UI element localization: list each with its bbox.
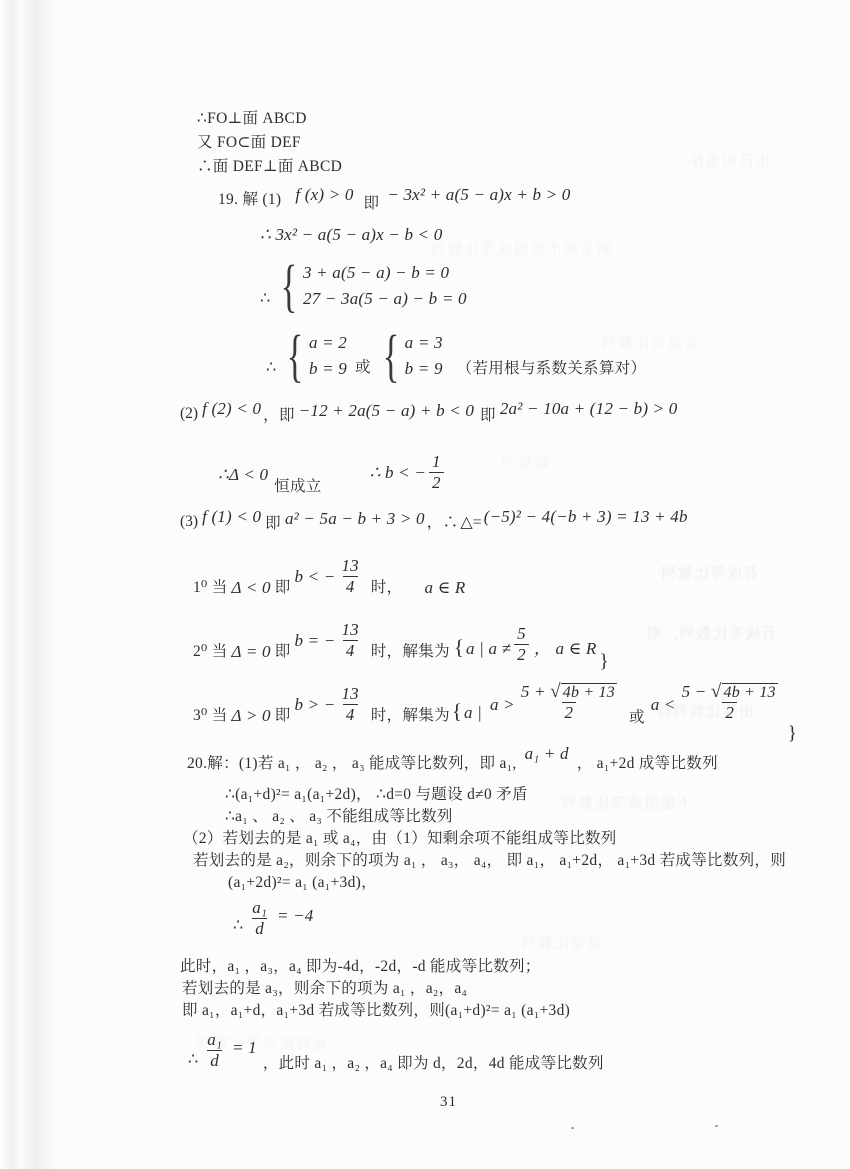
fraction-13-4: 13 4 <box>338 620 361 660</box>
q19-heading: 19. 解 (1) <box>218 191 281 208</box>
q19-case1-line: 1⁰ 当 Δ < 0 即 b < − 13 4 时， a ∈ R <box>193 556 465 599</box>
part2-label: (2) <box>180 404 198 424</box>
solution-a2: a = 2 <box>309 332 347 354</box>
radicand: 4b + 13 <box>561 683 617 702</box>
raised-term-a1-plus-d: a₁ + d <box>525 744 569 763</box>
connector-ji: ，即 <box>263 406 295 426</box>
proof-line-3: ∴面 DEF⊥面 ABCD <box>197 157 342 177</box>
brace-group: { a = 3 b = 9 <box>377 330 443 382</box>
q20-final-text: ，此时 a₁ ，a₂ ，a₄ 即为 d，2d，4d 能成等比数列 <box>263 1054 604 1074</box>
right-set-brace-icon: } <box>788 722 797 747</box>
fraction-1-2: 1 2 <box>429 452 444 492</box>
discriminant-formula: (−5)² − 4(−b + 3) = 13 + 4b <box>484 506 688 528</box>
a-less: a < <box>651 694 676 716</box>
q19-case3-line: 3⁰ 当 Δ > 0 即 b > − 13 4 时，解集为 { a | a > … <box>193 680 797 747</box>
a-in-R: a ∈ R <box>424 577 465 599</box>
fraction-13-4: 13 4 <box>338 556 361 596</box>
solution-b9b: b = 9 <box>405 358 443 380</box>
q20-line6: (a₁+2d)²= a₁ (a₁+3d)， <box>228 873 377 893</box>
q20-line2: ∴(a₁+d)²= a₁(a₁+2d)， ∴d=0 与题设 d≠0 矛盾 <box>225 785 528 805</box>
system1-eq2: 27 − 3a(5 − a) − b = 0 <box>303 288 467 310</box>
delta-eq-0: Δ = 0 <box>232 641 271 663</box>
page-number: 31 <box>440 1094 457 1111</box>
connector-ji: 即 <box>480 406 496 426</box>
connector-ji: 即 <box>265 514 281 534</box>
solution-b9: b = 9 <box>309 358 347 380</box>
q20-fraction-line2: ∴ a₁ d = 1 ，此时 a₁ ，a₂ ，a₄ 即为 d，2d，4d 能成等… <box>188 1030 604 1074</box>
solution-set-text: 时，解集为 <box>371 642 450 662</box>
system1-eq1: 3 + a(5 − a) − b = 0 <box>303 262 467 284</box>
right-set-brace-icon: } <box>599 650 608 675</box>
q20-line8: 此时，a₁ ，a₃，a₄ 即为-4d，-2d，-d 能成等比数列； <box>180 957 541 977</box>
denominator: 2 <box>514 644 529 665</box>
formula-f2: f (2) < 0 <box>202 398 261 420</box>
case3-label: 3⁰ 当 <box>193 706 228 726</box>
denominator: d <box>207 1050 222 1071</box>
numerator: 13 <box>338 620 361 640</box>
fraction-root-minus: 5 − √4b + 13 2 <box>679 682 781 723</box>
formula-fx: f (x) > 0 <box>295 185 353 204</box>
sqrt-icon: √ <box>711 682 722 701</box>
case2-label: 2⁰ 当 <box>193 642 228 662</box>
page-spine-shadow <box>0 0 58 1169</box>
q20-heading-text: 20.解：(1)若 a₁ ， a₂ ， a₃ 能成等比数列，即 a₁, <box>187 755 517 772</box>
connector-ji: 即 <box>275 578 291 598</box>
bleed-fragment: 不能组成等比数列 <box>560 792 692 813</box>
left-brace-icon: { <box>287 330 304 382</box>
b-value: b = − <box>295 630 336 652</box>
or-word: 或 <box>355 358 371 378</box>
left-brace-icon: { <box>281 260 298 312</box>
therefore-symbol: ∴ <box>260 289 270 310</box>
case1-label: 1⁰ 当 <box>193 578 228 598</box>
denominator: 4 <box>343 576 358 597</box>
set-tail: ， a ∈ R <box>534 638 597 660</box>
bleed-fragment: 解集为 <box>500 452 550 473</box>
denominator: 2 <box>562 702 577 723</box>
therefore-symbol: ∴ <box>188 1050 198 1071</box>
or-word: 或 <box>629 708 645 728</box>
sqrt-expression: √4b + 13 <box>711 683 778 702</box>
scan-speck <box>715 1125 718 1127</box>
numerator: 13 <box>338 684 361 704</box>
b-bound: ∴ b < − <box>370 462 426 484</box>
q20-line4: （2）若划去的是 a₁ 或 a₄，由（1）知剩余项不能组成等比数列 <box>183 829 617 849</box>
formula-inequality: − 3x² + a(5 − a)x + b > 0 <box>387 185 570 204</box>
denominator: 4 <box>343 640 358 661</box>
therefore-symbol: ∴ <box>233 916 243 937</box>
numerator: 5 − √4b + 13 <box>679 682 781 702</box>
left-set-brace-icon: { <box>454 634 464 661</box>
equals-neg4: = −4 <box>277 905 314 927</box>
connector-ji: 即 <box>364 195 380 212</box>
q20-line3: ∴a₁ 、 a₂ 、 a₃ 不能组成等比数列 <box>225 807 453 827</box>
formula-f1: f (1) < 0 <box>202 506 261 528</box>
equals-1: = 1 <box>232 1037 257 1059</box>
bleed-fragment: 成等比数列 <box>520 932 603 953</box>
set-condition: a | a ≠ <box>466 638 511 660</box>
sqrt-icon: √ <box>550 682 561 701</box>
connector-ji: 即 <box>275 642 291 662</box>
sqrt-expression: √4b + 13 <box>550 683 617 702</box>
q19-part2-line: (2) f (2) < 0 ，即 −12 + 2a(5 − a) + b < 0… <box>180 398 677 426</box>
q19-case2-line: 2⁰ 当 Δ = 0 即 b = − 13 4 时，解集为 { a | a ≠ … <box>193 618 609 675</box>
numerator: 13 <box>338 556 361 576</box>
solution-set-text: 时，解集为 <box>371 706 450 726</box>
bleed-fragment: 若成等比数列 <box>660 562 759 583</box>
connector-ji: 即 <box>275 706 291 726</box>
q20-line10: 即 a₁，a₁+d，a₁+3d 若成等比数列，则(a₁+d)²= a₁ (a₁+… <box>182 1001 570 1021</box>
fraction-5-2: 5 2 <box>514 624 529 664</box>
denominator: 2 <box>429 472 444 493</box>
root-prefix: 5 + <box>521 682 550 701</box>
fraction-a1-d: a₁ d <box>249 898 270 938</box>
numerator: 5 <box>514 624 529 644</box>
bleed-fragment: 若成等比数列，则 <box>645 622 777 643</box>
denominator: 4 <box>343 704 358 725</box>
proof-line-1: ∴FO⊥面 ABCD <box>197 109 307 129</box>
numerator: 5 + √4b + 13 <box>518 682 620 702</box>
b-bound: b < − <box>295 566 336 588</box>
shi-text: 时， <box>371 578 403 598</box>
delta-lt-0: Δ < 0 <box>232 577 271 599</box>
delta-condition: ∴Δ < 0 <box>218 464 268 486</box>
a-greater: a > <box>490 694 515 716</box>
fraction-13-4: 13 4 <box>338 684 361 724</box>
radicand: 4b + 13 <box>722 683 778 702</box>
root-prefix: 5 − <box>682 682 711 701</box>
q19-delta-line: ∴Δ < 0 恒成立 ∴ b < − 1 2 <box>218 450 447 497</box>
bleed-fragment: 剩余项不能组成等比数列 <box>430 238 612 259</box>
q20-line1: 20.解：(1)若 a₁ ， a₂ ， a₃ 能成等比数列，即 a₁, a₁ +… <box>187 752 718 775</box>
b-bound: b > − <box>295 694 336 716</box>
therefore-symbol: ∴ <box>266 358 276 379</box>
set-variable: a | <box>464 702 482 724</box>
left-brace-icon: { <box>382 330 399 382</box>
q19-deduction-line: ∴ 3x² − a(5 − a)x − b < 0 <box>260 224 442 246</box>
q19-part1-line: 19. 解 (1) f (x) > 0 即 − 3x² + a(5 − a)x … <box>218 188 570 211</box>
comma-therefore: ，∴ <box>427 513 459 533</box>
q19-system2: ∴ { a = 2 b = 9 或 { a = 3 b = 9 （若用根与系数关… <box>266 330 646 382</box>
always-holds-text: 恒成立 <box>274 477 321 497</box>
q20-line9: 若划去的是 a₃，则余下的项为 a₁ ，a₂，a₄ <box>182 979 467 999</box>
brace-group: { 3 + a(5 − a) − b = 0 27 − 3a(5 − a) − … <box>275 260 466 312</box>
proof-line-2: 又 FO⊂面 DEF <box>197 133 301 153</box>
part3-label: (3) <box>180 512 198 532</box>
denominator: 2 <box>722 702 737 723</box>
q19-system1: ∴ { 3 + a(5 − a) − b = 0 27 − 3a(5 − a) … <box>260 260 467 312</box>
method-note: （若用根与系数关系算对） <box>457 359 647 379</box>
formula-expanded: −12 + 2a(5 − a) + b < 0 <box>299 400 474 422</box>
formula-quadratic: 2a² − 10a + (12 − b) > 0 <box>500 398 678 420</box>
numerator: a₁ <box>204 1030 225 1050</box>
q19-part3-line: (3) f (1) < 0 即 a² − 5a − b + 3 > 0 ，∴ △… <box>180 506 688 534</box>
q20-line1-tail: ， a₁+2d 成等比数列 <box>577 755 718 772</box>
fraction-a1-d: a₁ d <box>204 1030 225 1070</box>
delta-gt-0: Δ > 0 <box>232 705 271 727</box>
denominator: d <box>252 918 267 939</box>
bleed-fragment: 由已知条件 <box>688 150 771 171</box>
scan-speck <box>571 1127 574 1129</box>
left-set-brace-icon: { <box>452 698 462 725</box>
q20-line5: 若划去的是 a₂，则余下的项为 a₁ ， a₃， a₄， 即 a₁， a₁+2d… <box>193 851 786 871</box>
formula-a-quadratic: a² − 5a − b + 3 > 0 <box>285 508 425 530</box>
solution-a3: a = 3 <box>405 332 443 354</box>
fraction-root-plus: 5 + √4b + 13 2 <box>518 682 620 723</box>
q20-fraction-line1: ∴ a₁ d = −4 <box>233 898 314 938</box>
triangle-equals: △= <box>460 513 481 534</box>
numerator: 1 <box>429 452 444 472</box>
numerator: a₁ <box>249 898 270 918</box>
brace-group: { a = 2 b = 9 <box>281 330 347 382</box>
scanned-document-page: 由已知条件 剩余项不能组成等比数列 若成等比数列 解集为 若成等比数列 若成等比… <box>0 0 850 1169</box>
